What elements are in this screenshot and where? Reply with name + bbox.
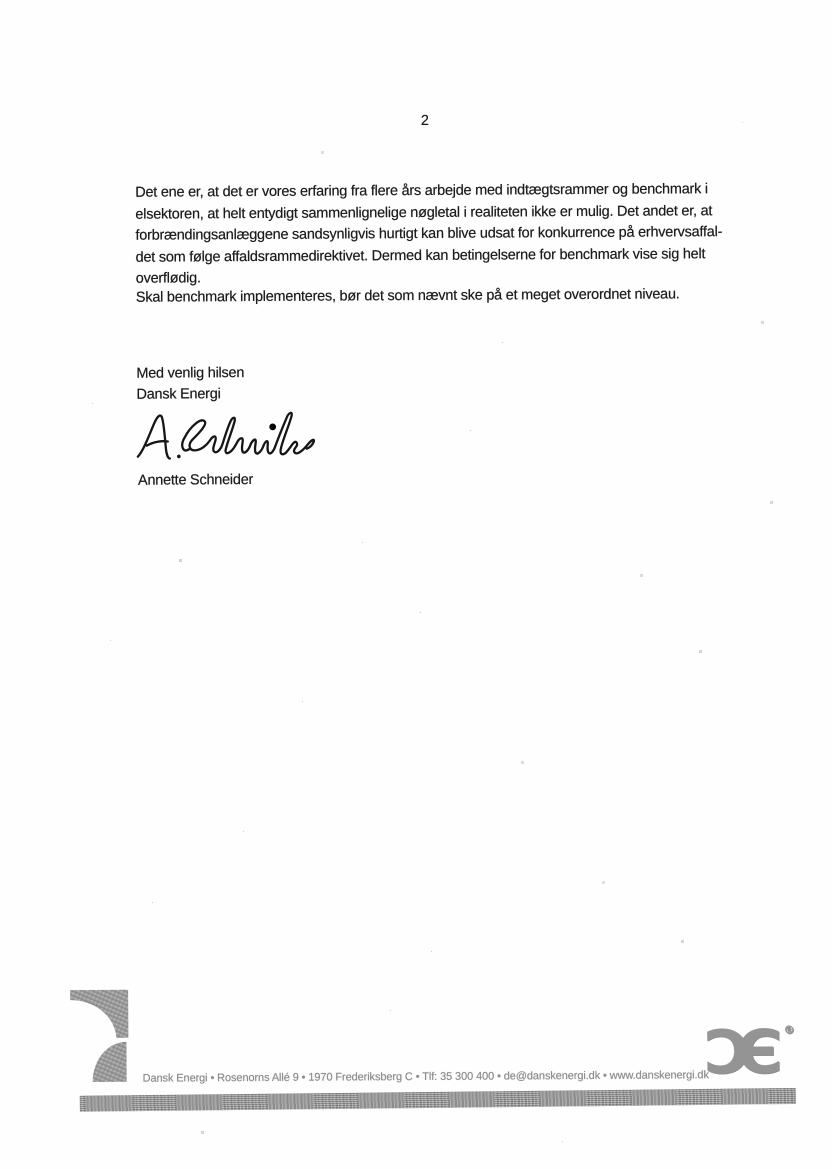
paragraph-line: forbrændingsanlæggene sandsynligvis hurt… bbox=[135, 222, 722, 247]
registered-trademark-icon: ® bbox=[784, 1024, 795, 1037]
body-paragraph-2: Skal benchmark implementeres, bør det so… bbox=[136, 286, 680, 305]
paragraph-line: Det ene er, at det er vores erfaring fra… bbox=[135, 179, 722, 204]
footer-contact-line: Dansk Energi • Rosenorns Allé 9 • 1970 F… bbox=[143, 1069, 709, 1084]
signer-name: Annette Schneider bbox=[138, 472, 253, 489]
closing-block: Med venlig hilsen Dansk Energi bbox=[136, 363, 244, 405]
scan-skew-layer: 2 Det ene er, at det er vores erfaring f… bbox=[0, 0, 832, 1169]
logo-curve-shapes-icon bbox=[68, 988, 135, 1086]
closing-salutation: Med venlig hilsen bbox=[136, 363, 244, 384]
scan-noise bbox=[0, 0, 1, 1]
closing-organization: Dansk Energi bbox=[136, 384, 244, 405]
paragraph-line: det som følge affaldsrammedirektivet. De… bbox=[136, 244, 723, 269]
handwritten-signature-icon bbox=[133, 407, 323, 470]
page-number: 2 bbox=[421, 113, 429, 129]
footer-bar bbox=[80, 1088, 796, 1112]
dansk-energi-logo-icon: ƆЄ® bbox=[704, 1020, 780, 1092]
body-paragraph-1: Det ene er, at det er vores erfaring fra… bbox=[135, 179, 722, 290]
de-logo-glyphs: ƆЄ bbox=[704, 1022, 769, 1085]
scanned-letter-page: 2 Det ene er, at det er vores erfaring f… bbox=[0, 0, 832, 1169]
